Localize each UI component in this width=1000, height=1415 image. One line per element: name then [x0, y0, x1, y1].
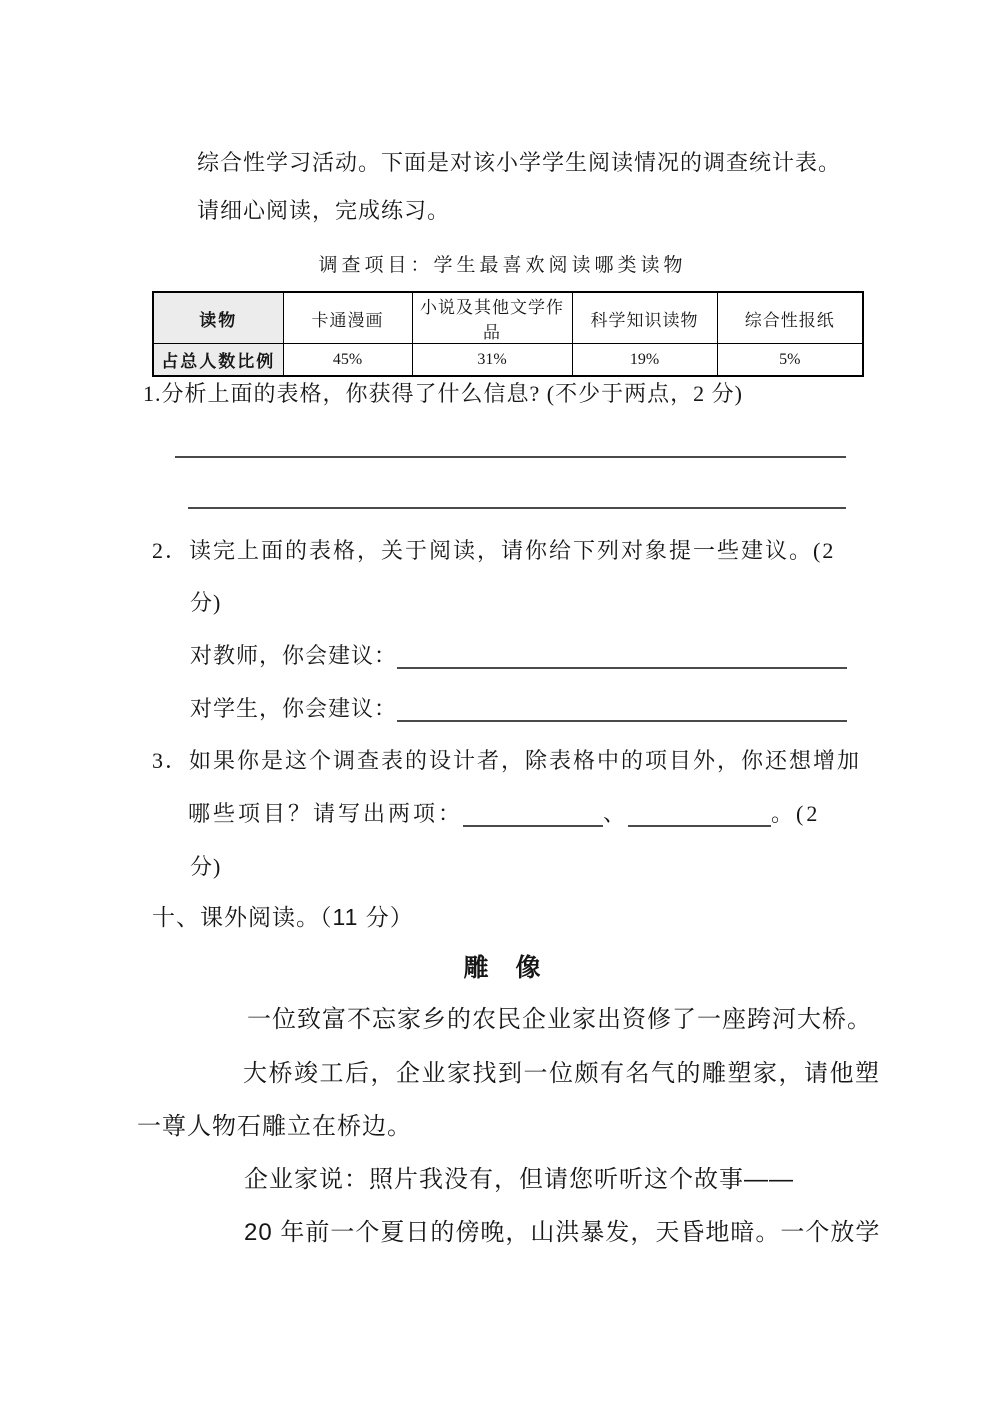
question-3-line-1: 3．如果你是这个调查表的设计者，除表格中的项目外，你还想增加 — [152, 746, 861, 776]
survey-table: 读物 卡通漫画 小说及其他文学作品 科学知识读物 综合性报纸 占总人数比例 45… — [152, 291, 864, 377]
table-value-cell: 45% — [283, 344, 412, 377]
table-value-cell: 31% — [412, 344, 572, 377]
table-value-cell: 19% — [572, 344, 717, 377]
q2-student-line: 对学生，你会建议： — [190, 694, 847, 724]
q2-teacher-line: 对教师，你会建议： — [190, 641, 847, 671]
intro-line-2: 请细心阅读，完成练习。 — [197, 196, 450, 226]
worksheet-page: 综合性学习活动。下面是对该小学学生阅读情况的调查统计表。 请细心阅读，完成练习。… — [0, 0, 1000, 1415]
question-3-line-3: 分) — [190, 852, 221, 882]
q3-separator: 、 — [603, 801, 628, 826]
q3-answer-blank-2 — [628, 805, 771, 827]
question-2-line-1: 2．读完上面的表格，关于阅读，请你给下列对象提一些建议。(2 — [152, 536, 835, 566]
table-header-cell: 综合性报纸 — [717, 292, 863, 344]
survey-table-caption: 调查项目：学生最喜欢阅读哪类读物 — [143, 251, 862, 281]
table-header-cell: 小说及其他文学作品 — [412, 292, 572, 344]
table-value-cell: 5% — [717, 344, 863, 377]
passage-line-3: 一尊人物石雕立在桥边。 — [137, 1111, 412, 1143]
q2-student-label: 对学生，你会建议： — [190, 696, 397, 721]
table-row-label: 占总人数比例 — [153, 344, 283, 377]
q3-line2-suffix: 。(2 — [771, 801, 820, 826]
table-header-label: 读物 — [153, 292, 283, 344]
q1-answer-blank-2 — [188, 497, 846, 509]
q2-teacher-label: 对教师，你会建议： — [190, 643, 397, 668]
table-header-cell: 科学知识读物 — [572, 292, 717, 344]
q3-line2-prefix: 哪些项目？请写出两项： — [188, 801, 463, 826]
passage-line-1: 一位致富不忘家乡的农民企业家出资修了一座跨河大桥。 — [247, 1004, 872, 1036]
q1-answer-blank-1 — [175, 446, 846, 458]
passage-line-5: 20 年前一个夏日的傍晚，山洪暴发，天昏地暗。一个放学 — [244, 1217, 880, 1249]
section-heading: 十、课外阅读。（11 分） — [152, 901, 414, 933]
question-2-line-2: 分) — [190, 588, 221, 618]
table-header-cell: 卡通漫画 — [283, 292, 412, 344]
passage-line-4: 企业家说：照片我没有，但请您听听这个故事—— — [244, 1164, 794, 1196]
survey-table-header-row: 读物 卡通漫画 小说及其他文学作品 科学知识读物 综合性报纸 — [153, 292, 863, 344]
intro-line-1: 综合性学习活动。下面是对该小学学生阅读情况的调查统计表。 — [197, 148, 841, 178]
q3-answer-blank-1 — [463, 805, 603, 827]
q2-student-answer-blank — [397, 700, 847, 722]
passage-title: 雕 像 — [143, 951, 862, 985]
q2-teacher-answer-blank — [397, 647, 847, 669]
passage-line-2: 大桥竣工后，企业家找到一位颇有名气的雕塑家，请他塑 — [243, 1058, 881, 1090]
question-1-text: 1.分析上面的表格，你获得了什么信息? (不少于两点，2 分) — [143, 379, 743, 409]
question-3-line-2: 哪些项目？请写出两项：、。(2 — [188, 799, 820, 829]
survey-table-value-row: 占总人数比例 45% 31% 19% 5% — [153, 344, 863, 377]
